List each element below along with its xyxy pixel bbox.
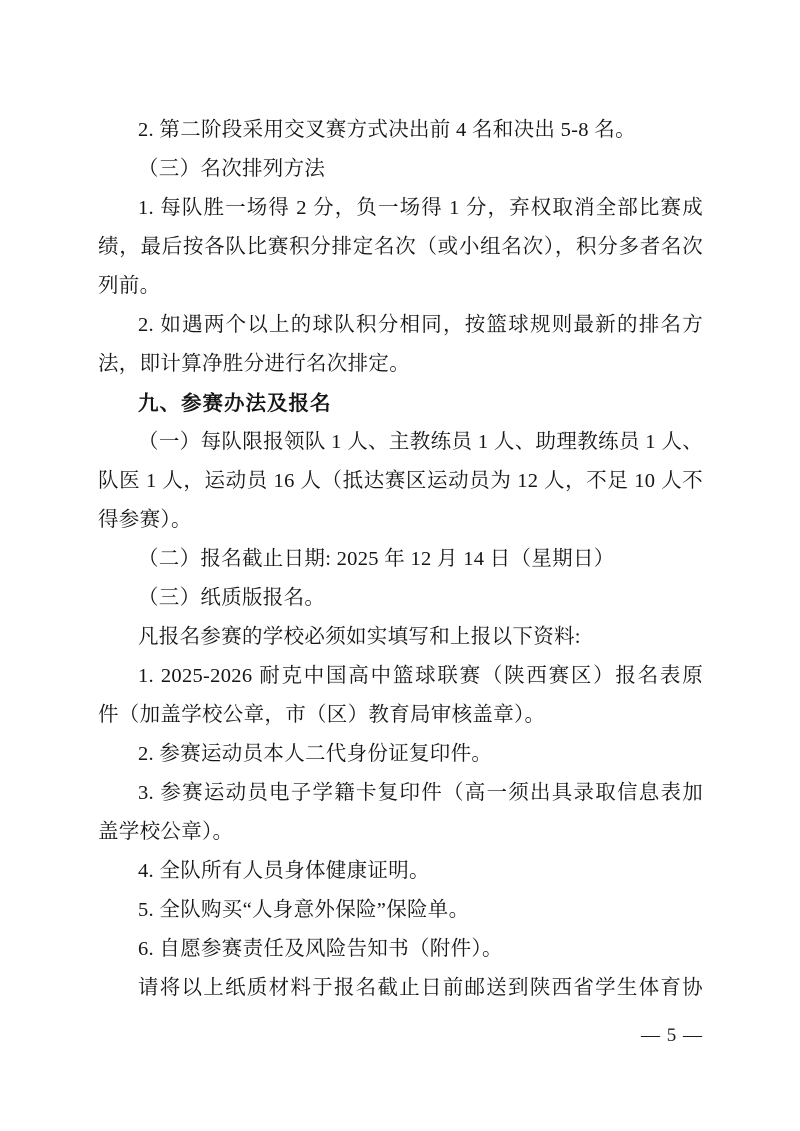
text-line: 5. 全队购买“人身意外保险”保险单。	[98, 891, 703, 930]
page-number: — 5 —	[641, 1024, 703, 1048]
text-line: 凡报名参赛的学校必须如实填写和上报以下资料:	[98, 618, 703, 657]
text-line: 请将以上纸质材料于报名截止日前邮送到陕西省学生体育协	[98, 969, 703, 1008]
text-line: 队医 1 人，运动员 16 人（抵达赛区运动员为 12 人，不足 10 人不	[98, 462, 703, 501]
section-heading: 九、参赛办法及报名	[98, 384, 703, 423]
text-line: 2. 参赛运动员本人二代身份证复印件。	[98, 735, 703, 774]
document-body: 2. 第二阶段采用交叉赛方式决出前 4 名和决出 5-8 名。（三）名次排列方法…	[98, 111, 703, 1008]
text-line: 2. 第二阶段采用交叉赛方式决出前 4 名和决出 5-8 名。	[98, 111, 703, 150]
text-line: 绩，最后按各队比赛积分排定名次（或小组名次），积分多者名次	[98, 228, 703, 267]
text-line: 盖学校公章）。	[98, 813, 703, 852]
text-line: （二）报名截止日期: 2025 年 12 月 14 日（星期日）	[98, 540, 703, 579]
text-line: 列前。	[98, 267, 703, 306]
text-line: 1. 2025-2026 耐克中国高中篮球联赛（陕西赛区）报名表原	[98, 657, 703, 696]
text-line: 件（加盖学校公章，市（区）教育局审核盖章）。	[98, 696, 703, 735]
text-line: 1. 每队胜一场得 2 分，负一场得 1 分，弃权取消全部比赛成	[98, 189, 703, 228]
text-line: （三）纸质版报名。	[98, 579, 703, 618]
text-line: 得参赛）。	[98, 501, 703, 540]
text-line: 6. 自愿参赛责任及风险告知书（附件）。	[98, 930, 703, 969]
document-page: 2. 第二阶段采用交叉赛方式决出前 4 名和决出 5-8 名。（三）名次排列方法…	[0, 0, 800, 1131]
text-line: （三）名次排列方法	[98, 150, 703, 189]
text-line: 4. 全队所有人员身体健康证明。	[98, 852, 703, 891]
text-line: （一）每队限报领队 1 人、主教练员 1 人、助理教练员 1 人、	[98, 423, 703, 462]
text-line: 法，即计算净胜分进行名次排定。	[98, 345, 703, 384]
text-line: 2. 如遇两个以上的球队积分相同，按篮球规则最新的排名方	[98, 306, 703, 345]
text-line: 3. 参赛运动员电子学籍卡复印件（高一须出具录取信息表加	[98, 774, 703, 813]
